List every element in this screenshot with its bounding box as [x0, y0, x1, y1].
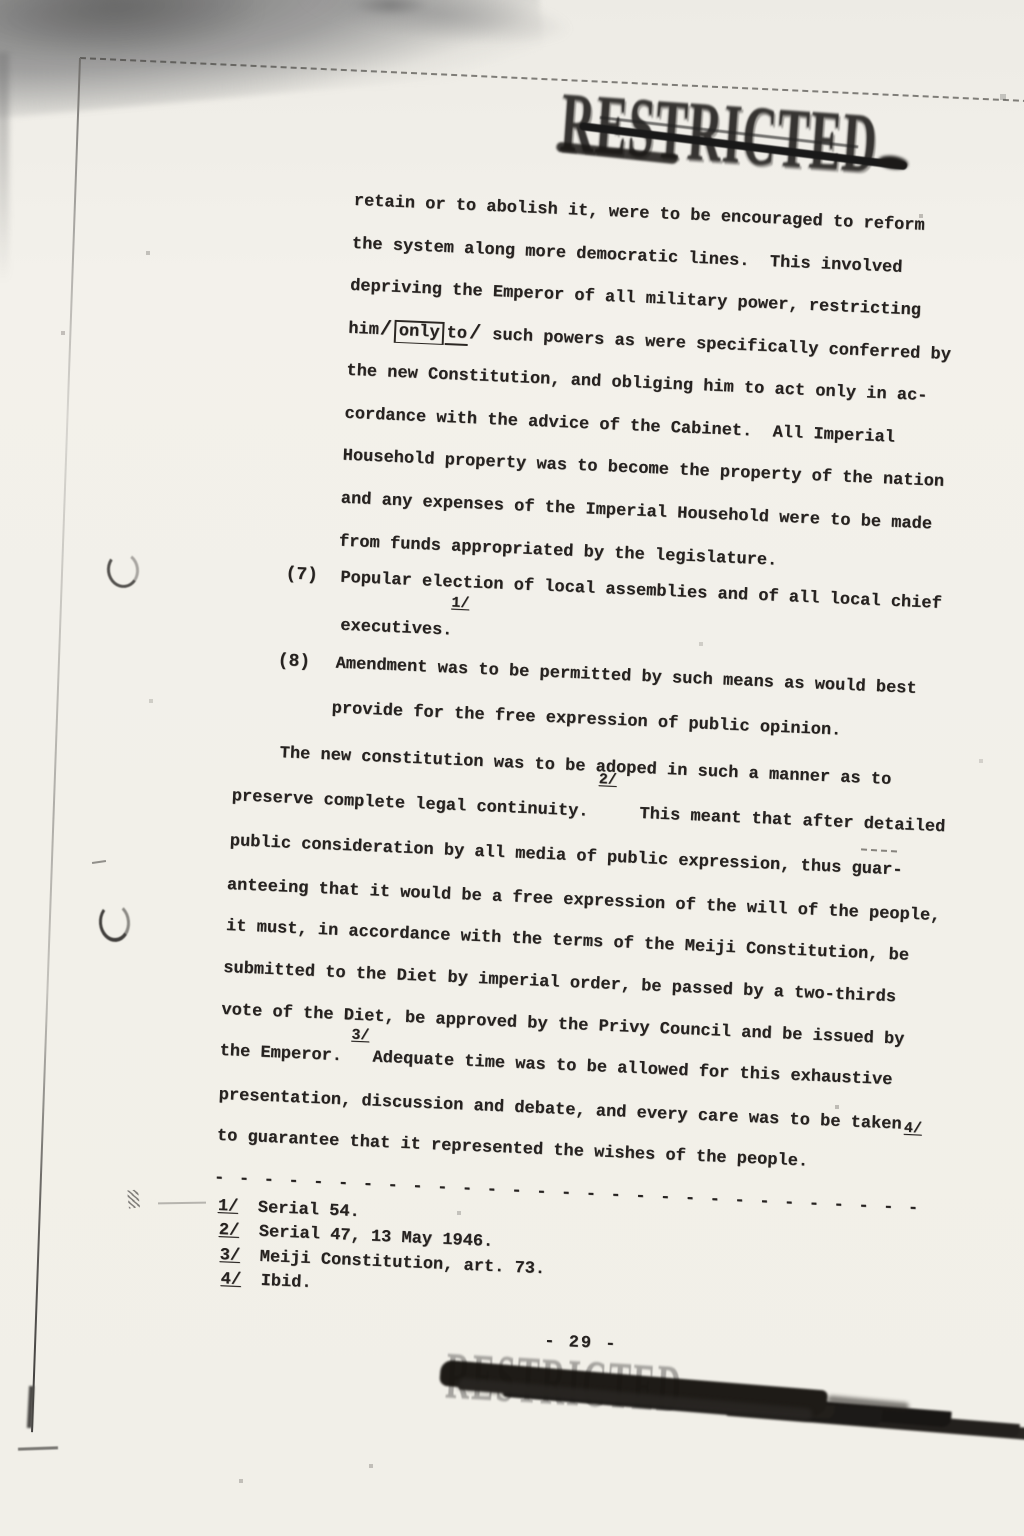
body-line: the new Constitution, and obliging him t…	[346, 362, 928, 407]
typewritten-text-block: retain or to abolish it, were to be enco…	[92, 170, 1024, 1529]
body-line: the system along more democratic lines. …	[351, 235, 902, 279]
pen-underlined-word: to	[445, 324, 468, 346]
footnote-row: 4/Ibid.	[220, 1269, 312, 1295]
body-line-with-pen-edit: him/onlyto/ such powers as were specific…	[348, 319, 951, 366]
footnote-number: 3/	[219, 1245, 242, 1268]
footnote-text: Serial 54.	[257, 1199, 360, 1222]
item-7-line: Popular election of local assemblies and…	[340, 569, 942, 615]
pen-boxed-word: only	[393, 320, 445, 345]
pen-slash-mark: /	[468, 322, 483, 346]
paragraph-line: to guarantee that it represented the wis…	[216, 1127, 808, 1173]
paragraph-line: it must, in accordance with the terms of…	[226, 917, 910, 967]
scan-smudge-dot	[352, 0, 428, 16]
ink-scribble-tail	[827, 1395, 909, 1411]
paragraph-line: anteeing that it would be a free express…	[226, 876, 940, 927]
footnote-number: 4/	[220, 1269, 243, 1292]
scan-smudge-corner	[0, 0, 254, 56]
paper-specks	[0, 0, 2, 2]
footnote-ref-4: 4/	[904, 1121, 923, 1138]
scanned-document-page: RESTRICTED retain or to abolish it, were…	[0, 0, 1024, 1536]
pen-slash-mark: /	[378, 318, 393, 342]
body-line: cordance with the advice of the Cabinet.…	[344, 405, 895, 449]
item-7-line: executives.	[340, 617, 453, 642]
paragraph-line: presentation, discussion and debate, and…	[218, 1086, 902, 1136]
paragraph-line: preserve complete legal continuity. This…	[231, 787, 945, 838]
margin-tick-mark	[92, 860, 106, 864]
edit-rest-text: such powers as were specifically conferr…	[482, 326, 952, 365]
bottom-left-dash-mark	[18, 1446, 58, 1450]
edit-pre-text: him	[348, 320, 379, 340]
footnote-number: 2/	[218, 1220, 241, 1243]
footnote-ref-2: 2/	[598, 772, 617, 789]
paragraph-line: public consideration by all media of pub…	[229, 832, 903, 881]
item-8-line: provide for the free expression of publi…	[331, 699, 841, 741]
body-line: retain or to abolish it, were to be enco…	[353, 192, 925, 237]
paragraph-line: the Emperor. Adequate time was to be all…	[219, 1042, 893, 1091]
item-8-line: Amendment was to be permitted by such me…	[335, 655, 917, 700]
footnote-ref-3: 3/	[351, 1028, 370, 1045]
body-line: Household property was to become the pro…	[342, 447, 944, 493]
footnote-number: 1/	[217, 1196, 240, 1219]
pen-overline-mark	[861, 848, 897, 852]
sheet-left-edge-line	[31, 58, 81, 1432]
body-line: and any expenses of the Imperial Househo…	[340, 490, 932, 536]
paragraph-line: submitted to the Diet by imperial order,…	[223, 959, 897, 1008]
footnote-text: Ibid.	[260, 1272, 312, 1293]
footnote-ref-1: 1/	[451, 596, 470, 613]
item-8-marker: (8)	[277, 651, 310, 672]
item-7-marker: (7)	[285, 564, 318, 585]
paragraph-line: vote of the Diet, be approved by the Pri…	[221, 1001, 905, 1051]
scan-bed-shadow	[0, 52, 9, 282]
paragraph-line: The new constitution was to be adoped in…	[279, 744, 891, 791]
body-line: depriving the Emperor of all military po…	[350, 277, 922, 322]
body-line: from funds appropriated by the legislatu…	[338, 533, 777, 572]
